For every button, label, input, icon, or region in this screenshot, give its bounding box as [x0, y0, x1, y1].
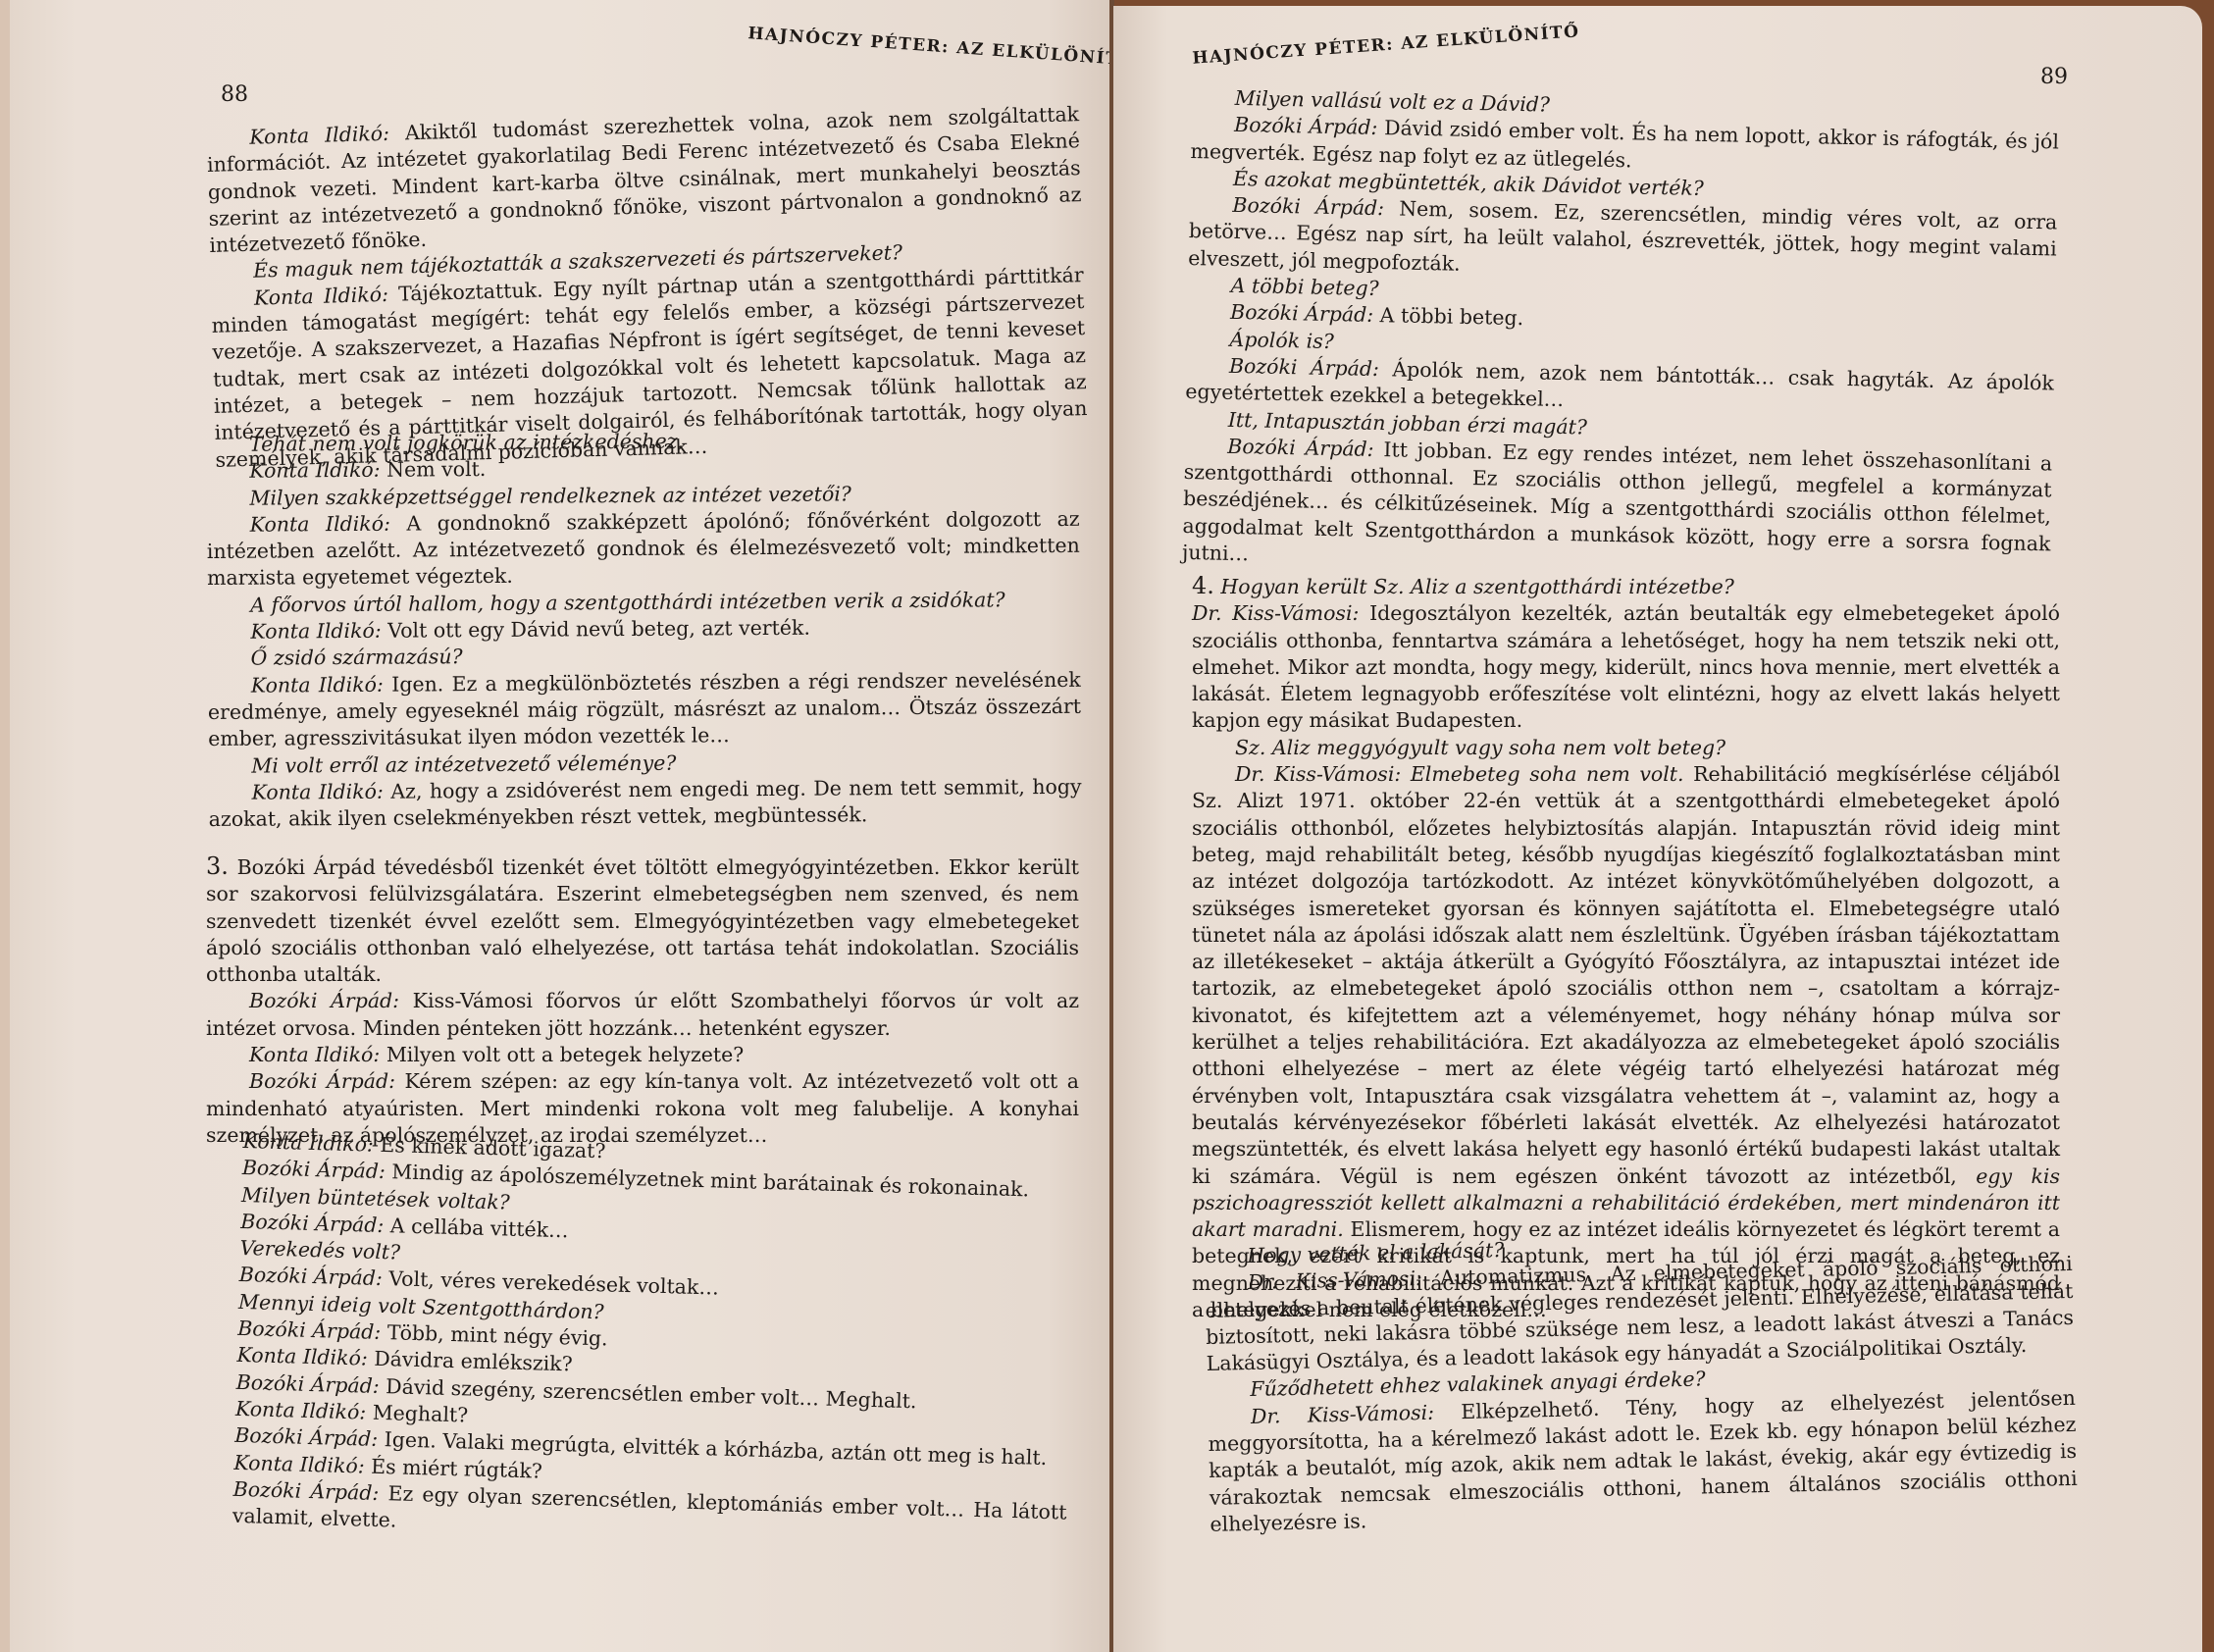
speaker-label: Bozóki Árpád: [1232, 193, 1384, 220]
speaker-label: Konta Ildikó: [233, 1450, 365, 1477]
page-number: 89 [2040, 65, 2068, 89]
answer-paragraph: Konta Ildikó: A gondnoknő szakképzett áp… [207, 506, 1081, 593]
speaker-label: Bozóki Árpád: [232, 1477, 379, 1505]
answer-paragraph: Dr. Kiss-Vámosi: Automatizmus. Az elmebe… [1205, 1251, 2075, 1377]
speaker-label: Bozóki Árpád: [249, 989, 399, 1012]
answer-paragraph: Dr. Kiss-Vámosi: Idegosztályon kezelték,… [1192, 600, 2060, 734]
speaker-label: Konta Ildikó: [251, 672, 384, 697]
speaker-label: Dr. Kiss-Vámosi: [1251, 1400, 1435, 1427]
speaker-label: Konta Ildikó: [250, 619, 381, 644]
speaker-label: Konta Ildikó: [235, 1397, 367, 1424]
answer-paragraph: Konta Ildikó: Az, hogy a zsidóverést nem… [208, 774, 1081, 834]
speaker-label: Konta Ildikó: [236, 1343, 368, 1370]
speaker-label: Dr. Kiss-Vámosi: [1248, 1266, 1423, 1294]
speaker-label: Bozóki Árpád: [1234, 113, 1378, 139]
speaker-label: Konta Ildikó: [249, 122, 389, 149]
answer-paragraph: Dr. Kiss-Vámosi: Elképzelhető. Tény, hog… [1208, 1385, 2079, 1539]
answer-paragraph: Konta Ildikó: Igen. Ez a megkülönbözteté… [208, 666, 1082, 752]
speaker-label: Bozóki Árpád: [234, 1423, 379, 1451]
section-3-dialogue: Konta Ildikó: És kinek adott igazat? Boz… [232, 1128, 1077, 1553]
speaker-label: Bozóki Árpád: [242, 1156, 386, 1183]
speaker-label: Konta Ildikó: [250, 512, 390, 537]
answer-paragraph: Konta Ildikó: Akiktől tudomást szerezhet… [206, 101, 1082, 259]
page-number: 88 [221, 82, 248, 107]
right-page: HAJNÓCZY PÉTER: AZ ELKÜLÖNÍTŐ 89 Milyen … [1113, 6, 2202, 1652]
speaker-label: Dr. Kiss-Vámosi: [1192, 601, 1359, 625]
text-block-top: Milyen vallású volt ez a Dávid? Bozóki Á… [1182, 84, 2060, 585]
section-intro: 3. Bozóki Árpád tévedésből tizenkét évet… [206, 853, 1079, 988]
answer-paragraph: Bozóki Árpád: Itt jobban. Ez egy rendes … [1182, 433, 2053, 585]
speaker-label: Konta Ildikó: [249, 458, 380, 483]
section-number: 3. [206, 852, 229, 880]
section-4-dialogue: Hogy vették el a lakását? Dr. Kiss-Vámos… [1204, 1224, 2079, 1538]
question-paragraph: Sz. Aliz meggyógyult vagy soha nem volt … [1192, 735, 2060, 761]
answer-paragraph: Konta Ildikó: Milyen volt ott a betegek … [206, 1042, 1079, 1068]
section-4: 4. Hogyan került Sz. Aliz a szentgotthár… [1192, 573, 2060, 1323]
answer-paragraph: Bozóki Árpád: Kiss-Vámosi főorvos úr elő… [206, 988, 1079, 1042]
speaker-label: Bozóki Árpád: [1227, 435, 1374, 461]
running-head: HAJNÓCZY PÉTER: AZ ELKÜLÖNÍTŐ [747, 24, 1136, 71]
open-book-spread: HAJNÓCZY PÉTER: AZ ELKÜLÖNÍTŐ 88 Konta I… [0, 0, 2214, 1652]
speaker-label: Bozóki Árpád: [249, 1069, 395, 1093]
section-number: 4. [1192, 572, 1214, 599]
speaker-label: Dr. Kiss-Vámosi: [1235, 762, 1401, 786]
speaker-label: Bozóki Árpád: [237, 1316, 382, 1344]
speaker-label: Konta Ildikó: [251, 780, 383, 804]
speaker-label: Konta Ildikó: [242, 1129, 374, 1157]
text-block-top: Konta Ildikó: Akiktől tudomást szerezhet… [206, 101, 1089, 474]
speaker-label: Bozóki Árpád: [240, 1210, 385, 1237]
speaker-label: Bozóki Árpád: [238, 1263, 383, 1290]
speaker-label: Bozóki Árpád: [1230, 300, 1374, 327]
text-block-middle: Tehát nem volt jogkörük az intézkedéshez… [206, 426, 1082, 834]
speaker-label: Konta Ildikó: [249, 1043, 380, 1066]
running-head: HAJNÓCZY PÉTER: AZ ELKÜLÖNÍTŐ [1192, 22, 1580, 69]
speaker-label: Konta Ildikó: [254, 283, 389, 310]
section-heading: 4. Hogyan került Sz. Aliz a szentgotthár… [1192, 573, 2060, 600]
section-3: 3. Bozóki Árpád tévedésből tizenkét évet… [206, 853, 1079, 1149]
speaker-label: Bozóki Árpád: [235, 1370, 380, 1398]
speaker-label: Bozóki Árpád: [1229, 354, 1379, 381]
left-page: HAJNÓCZY PÉTER: AZ ELKÜLÖNÍTŐ 88 Konta I… [0, 0, 1113, 1652]
